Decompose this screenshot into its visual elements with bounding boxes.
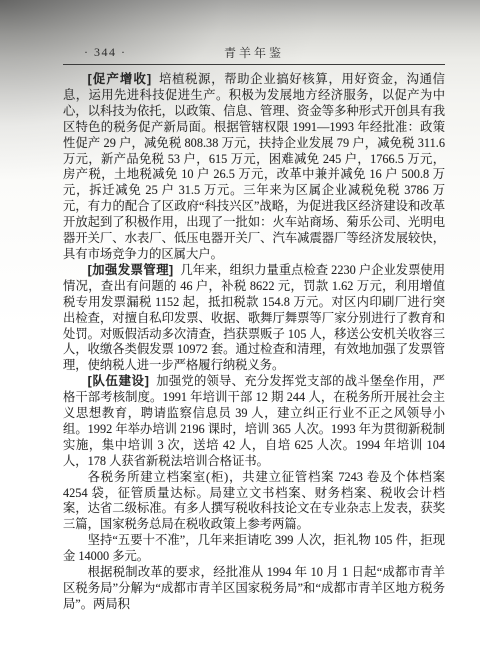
page-number: · 344 · (84, 45, 127, 60)
paragraph: 根据税制改革的要求，经批准从 1994 年 10 月 1 日起“成都市青羊区税务… (63, 565, 445, 613)
page-header: · 344 · 青羊年鉴 (63, 44, 445, 61)
paragraph: 各税务所建立档案室(柜)，共建立征管档案 7243 卷及个体档案 4254 袋，… (63, 470, 445, 534)
paragraph-text: 几年来，组织力量重点检查 2230 户企业发票使用情况，查出有问题的 46 户，… (63, 263, 445, 372)
paragraph: [促产增收]培植税源，帮助企业搞好核算，用好资金，沟通信息，运用先进科技促进生产… (63, 72, 445, 263)
paragraph-text: 坚持“五要十不准”，几年来拒请吃 399 人次，拒礼物 105 件，拒现金 14… (63, 533, 445, 563)
paragraph-text: 加强党的领导、充分发挥党支部的战斗堡垒作用，严格干部考核制度。1991 年培训干… (63, 374, 445, 468)
paragraph: [加强发票管理]几年来，组织力量重点检查 2230 户企业发票使用情况，查出有问… (63, 263, 445, 374)
paragraph-heading: [队伍建设] (88, 374, 150, 388)
paragraph-text: 各税务所建立档案室(柜)，共建立征管档案 7243 卷及个体档案 4254 袋，… (63, 470, 445, 532)
scanned-page: · 344 · 青羊年鉴 [促产增收]培植税源，帮助企业搞好核算，用好资金，沟通… (0, 0, 480, 651)
page-body: [促产增收]培植税源，帮助企业搞好核算，用好资金，沟通信息，运用先进科技促进生产… (63, 72, 445, 613)
header-rule (63, 64, 445, 65)
paragraph-heading: [加强发票管理] (88, 263, 174, 277)
paragraph-text: 培植税源，帮助企业搞好核算，用好资金，沟通信息，运用先进科技促进生产。积极为发展… (63, 72, 445, 261)
page-column: · 344 · 青羊年鉴 [促产增收]培植税源，帮助企业搞好核算，用好资金，沟通… (63, 44, 445, 613)
paragraph-text: 根据税制改革的要求，经批准从 1994 年 10 月 1 日起“成都市青羊区税务… (63, 565, 445, 611)
paragraph: 坚持“五要十不准”，几年来拒请吃 399 人次，拒礼物 105 件，拒现金 14… (63, 533, 445, 565)
paragraph-heading: [促产增收] (88, 72, 152, 86)
paragraph: [队伍建设]加强党的领导、充分发挥党支部的战斗堡垒作用，严格干部考核制度。199… (63, 374, 445, 469)
